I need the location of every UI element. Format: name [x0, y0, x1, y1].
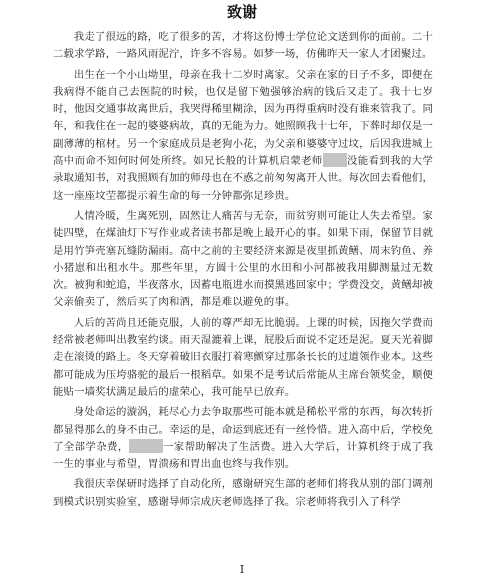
- paragraph-6: 我很庆幸保研时选择了自动化所，感谢研究生部的老师们将我从别的部门调剂到模式识别实…: [53, 476, 433, 511]
- paragraph-2: 出生在一个小山坳里，母亲在我十二岁时离家。父亲在家的日子不多，即便在我病得不能自…: [53, 67, 433, 205]
- redacted-name-box: [129, 439, 163, 453]
- paragraph-5: 身处命运的漩涡，耗尽心力去争取那些可能本就是稀松平常的东西，每次转折都显得那么的…: [53, 404, 433, 473]
- paragraph-3: 人情冷暖，生离死别，固然让人痛苦与无奈，而贫穷则可能让人失去希望。家徒四壁，在煤…: [53, 208, 433, 312]
- paragraph-4: 人后的苦尚且还能克服，人前的尊严却无比脆弱。上课的时候，因拖欠学费而经常被老师叫…: [53, 315, 433, 401]
- paragraph-1: 我走了很远的路，吃了很多的苦，才将这份博士学位论文送到你的面前。二十二载求学路，…: [53, 29, 433, 64]
- page-title: 致谢: [0, 1, 484, 22]
- page-number: I: [0, 563, 484, 576]
- acknowledgements-body: 我走了很远的路，吃了很多的苦，才将这份博士学位论文送到你的面前。二十二载求学路，…: [53, 29, 433, 514]
- redacted-name-box: [323, 153, 347, 167]
- paragraph-2-text-a: 出生在一个小山坳里，母亲在我十二岁时离家。父亲在家的日子不多，即便在我病得不能自…: [53, 69, 433, 167]
